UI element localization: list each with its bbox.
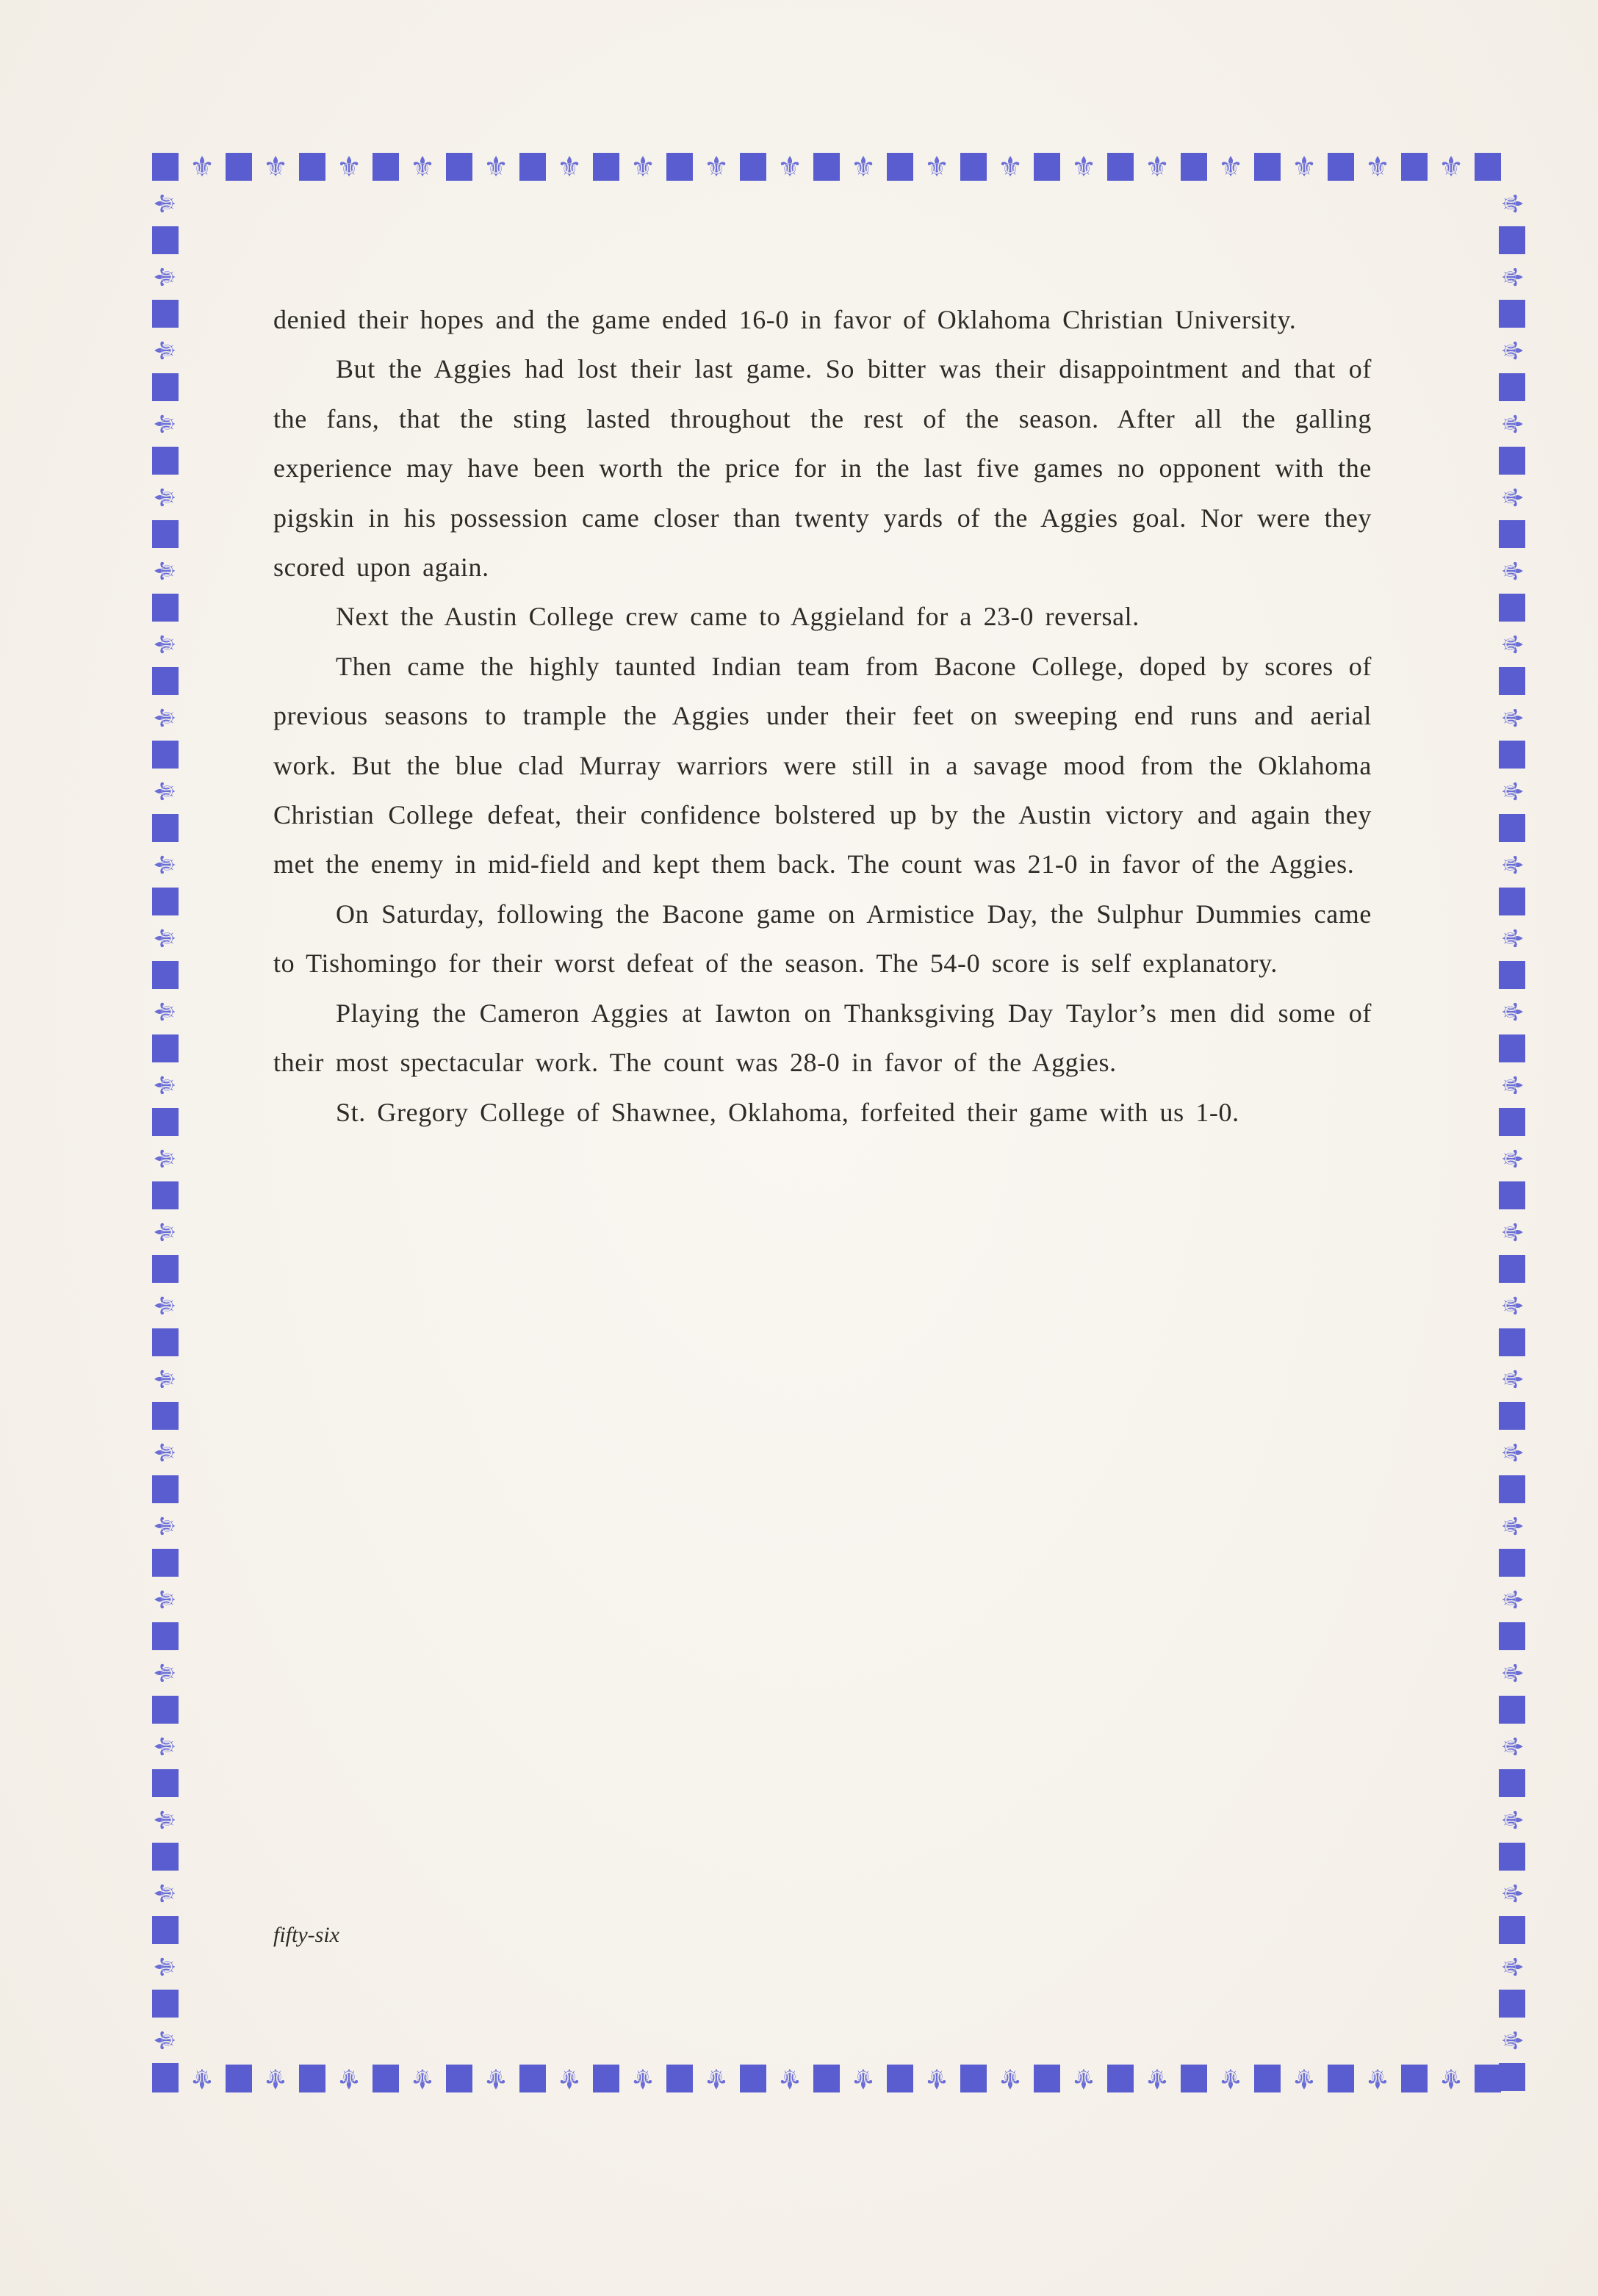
border-square: [1499, 1475, 1525, 1503]
fleur-de-lis-icon: ⚜: [261, 2064, 290, 2093]
border-square: [740, 2065, 766, 2092]
border-square: [1499, 667, 1525, 695]
fleur-de-lis-icon: ⚜: [1497, 1585, 1527, 1614]
fleur-de-lis-icon: ⚜: [1497, 997, 1527, 1026]
border-square: [152, 1843, 179, 1871]
fleur-de-lis-icon: ⚜: [481, 152, 511, 181]
border-square: [1181, 2065, 1207, 2092]
fleur-de-lis-icon: ⚜: [151, 630, 180, 659]
border-square: [1107, 153, 1134, 181]
border-square: [152, 447, 179, 475]
border-square: [960, 153, 987, 181]
fleur-de-lis-icon: ⚜: [151, 262, 180, 292]
border-square: [152, 226, 179, 254]
border-square: [1499, 961, 1525, 989]
fleur-de-lis-icon: ⚜: [996, 2064, 1025, 2093]
fleur-de-lis-icon: ⚜: [1497, 703, 1527, 733]
border-square: [813, 153, 840, 181]
fleur-de-lis-icon: ⚜: [151, 1070, 180, 1100]
fleur-de-lis-icon: ⚜: [1216, 2064, 1245, 2093]
border-square: [519, 153, 546, 181]
fleur-de-lis-icon: ⚜: [1497, 1658, 1527, 1688]
fleur-de-lis-icon: ⚜: [408, 152, 437, 181]
fleur-de-lis-icon: ⚜: [1497, 1952, 1527, 1982]
fleur-de-lis-icon: ⚜: [1436, 2064, 1466, 2093]
border-square: [666, 2065, 693, 2092]
fleur-de-lis-icon: ⚜: [1497, 1364, 1527, 1394]
fleur-de-lis-icon: ⚜: [1497, 630, 1527, 659]
fleur-de-lis-icon: ⚜: [1497, 1879, 1527, 1908]
fleur-de-lis-icon: ⚜: [1497, 1438, 1527, 1467]
border-square: [152, 1696, 179, 1724]
fleur-de-lis-icon: ⚜: [261, 152, 290, 181]
border-square: [1499, 1181, 1525, 1209]
border-square: [152, 814, 179, 842]
fleur-de-lis-icon: ⚜: [555, 2064, 584, 2093]
fleur-de-lis-icon: ⚜: [996, 152, 1025, 181]
fleur-de-lis-icon: ⚜: [151, 997, 180, 1026]
fleur-de-lis-icon: ⚜: [1497, 1511, 1527, 1541]
fleur-de-lis-icon: ⚜: [151, 556, 180, 586]
border-square: [446, 2065, 472, 2092]
border-square: [152, 2063, 179, 2091]
fleur-de-lis-icon: ⚜: [1497, 483, 1527, 512]
border-square: [1499, 1769, 1525, 1797]
fleur-de-lis-icon: ⚜: [1497, 924, 1527, 953]
fleur-de-lis-icon: ⚜: [1497, 1144, 1527, 1173]
fleur-de-lis-icon: ⚜: [1069, 152, 1098, 181]
fleur-de-lis-icon: ⚜: [1497, 336, 1527, 365]
fleur-de-lis-icon: ⚜: [1363, 2064, 1392, 2093]
fleur-de-lis-icon: ⚜: [1497, 777, 1527, 806]
border-square: [1499, 1916, 1525, 1944]
border-square: [152, 520, 179, 548]
border-square: [1499, 741, 1525, 769]
border-square: [372, 2065, 399, 2092]
border-square: [152, 1622, 179, 1650]
fleur-de-lis-icon: ⚜: [334, 152, 364, 181]
border-square: [1401, 153, 1428, 181]
border-square: [1034, 153, 1060, 181]
border-square: [1254, 2065, 1281, 2092]
fleur-de-lis-icon: ⚜: [151, 1438, 180, 1467]
fleur-de-lis-icon: ⚜: [1142, 152, 1172, 181]
border-square: [1499, 1990, 1525, 2018]
fleur-de-lis-icon: ⚜: [1497, 189, 1527, 218]
fleur-de-lis-icon: ⚜: [1497, 1291, 1527, 1320]
border-square: [152, 1916, 179, 1944]
page: ⚜⚜⚜⚜⚜⚜⚜⚜⚜⚜⚜⚜⚜⚜⚜⚜⚜⚜⚜⚜⚜⚜⚜⚜⚜⚜⚜⚜⚜⚜⚜⚜⚜⚜⚜⚜⚜⚜⚜⚜…: [0, 0, 1598, 2296]
fleur-de-lis-icon: ⚜: [1497, 1732, 1527, 1761]
border-square: [152, 153, 179, 181]
fleur-de-lis-icon: ⚜: [849, 2064, 878, 2093]
fleur-de-lis-icon: ⚜: [555, 152, 584, 181]
fleur-de-lis-icon: ⚜: [849, 152, 878, 181]
fleur-de-lis-icon: ⚜: [151, 1144, 180, 1173]
border-square: [1499, 1328, 1525, 1356]
border-square: [1499, 373, 1525, 401]
border-square: [152, 888, 179, 915]
border-square: [1475, 153, 1501, 181]
fleur-de-lis-icon: ⚜: [1436, 152, 1466, 181]
fleur-de-lis-icon: ⚜: [922, 152, 951, 181]
border-square: [152, 1181, 179, 1209]
border-square: [152, 300, 179, 328]
border-square: [1181, 153, 1207, 181]
border-square: [1499, 447, 1525, 475]
border-square: [1034, 2065, 1060, 2092]
paragraph: Playing the Cameron Aggies at Iawton on …: [273, 989, 1372, 1088]
fleur-de-lis-icon: ⚜: [1363, 152, 1392, 181]
paragraph: On Saturday, following the Bacone game o…: [273, 890, 1372, 989]
fleur-de-lis-icon: ⚜: [151, 2026, 180, 2055]
border-square: [1499, 1034, 1525, 1062]
border-square: [299, 153, 325, 181]
border-square: [152, 667, 179, 695]
fleur-de-lis-icon: ⚜: [151, 777, 180, 806]
border-square: [1499, 1108, 1525, 1136]
fleur-de-lis-icon: ⚜: [775, 2064, 805, 2093]
paragraph: But the Aggies had lost their last game.…: [273, 345, 1372, 592]
fleur-de-lis-icon: ⚜: [1289, 2064, 1319, 2093]
fleur-de-lis-icon: ⚜: [702, 152, 731, 181]
fleur-de-lis-icon: ⚜: [151, 1879, 180, 1908]
fleur-de-lis-icon: ⚜: [151, 703, 180, 733]
fleur-de-lis-icon: ⚜: [151, 1511, 180, 1541]
border-square: [1499, 2063, 1525, 2091]
border-square: [152, 1769, 179, 1797]
border-square: [1499, 594, 1525, 622]
border-square: [740, 153, 766, 181]
border-square: [226, 2065, 252, 2092]
border-square: [226, 153, 252, 181]
border-square: [1499, 1255, 1525, 1283]
border-square: [1328, 153, 1354, 181]
border-square: [519, 2065, 546, 2092]
fleur-de-lis-icon: ⚜: [1069, 2064, 1098, 2093]
fleur-de-lis-icon: ⚜: [1497, 556, 1527, 586]
body-text: denied their hopes and the game ended 16…: [273, 295, 1372, 1137]
border-square: [152, 1255, 179, 1283]
paragraph: St. Gregory College of Shawnee, Oklahoma…: [273, 1088, 1372, 1137]
border-square: [1499, 1402, 1525, 1430]
fleur-de-lis-icon: ⚜: [702, 2064, 731, 2093]
border-square: [593, 2065, 619, 2092]
fleur-de-lis-icon: ⚜: [1497, 2026, 1527, 2055]
fleur-de-lis-icon: ⚜: [151, 336, 180, 365]
fleur-de-lis-icon: ⚜: [1497, 409, 1527, 439]
fleur-de-lis-icon: ⚜: [481, 2064, 511, 2093]
border-square: [152, 1549, 179, 1577]
border-square: [1499, 1622, 1525, 1650]
border-square: [960, 2065, 987, 2092]
border-square: [152, 1328, 179, 1356]
border-square: [1499, 1843, 1525, 1871]
border-square: [152, 1402, 179, 1430]
fleur-de-lis-icon: ⚜: [334, 2064, 364, 2093]
fleur-de-lis-icon: ⚜: [151, 1585, 180, 1614]
fleur-de-lis-icon: ⚜: [151, 1217, 180, 1247]
fleur-de-lis-icon: ⚜: [151, 924, 180, 953]
fleur-de-lis-icon: ⚜: [1497, 1805, 1527, 1835]
fleur-de-lis-icon: ⚜: [187, 2064, 217, 2093]
fleur-de-lis-icon: ⚜: [1289, 152, 1319, 181]
fleur-de-lis-icon: ⚜: [151, 189, 180, 218]
paragraph: Then came the highly taunted Indian team…: [273, 642, 1372, 890]
border-square: [152, 594, 179, 622]
fleur-de-lis-icon: ⚜: [775, 152, 805, 181]
fleur-de-lis-icon: ⚜: [408, 2064, 437, 2093]
fleur-de-lis-icon: ⚜: [151, 483, 180, 512]
border-square: [1328, 2065, 1354, 2092]
border-square: [887, 153, 913, 181]
border-square: [593, 153, 619, 181]
border-square: [152, 1475, 179, 1503]
border-square: [666, 153, 693, 181]
fleur-de-lis-icon: ⚜: [1216, 152, 1245, 181]
fleur-de-lis-icon: ⚜: [151, 1658, 180, 1688]
paragraph: Next the Austin College crew came to Agg…: [273, 592, 1372, 641]
border-square: [1401, 2065, 1428, 2092]
border-square: [299, 2065, 325, 2092]
fleur-de-lis-icon: ⚜: [151, 1805, 180, 1835]
paragraph: denied their hopes and the game ended 16…: [273, 295, 1372, 345]
border-square: [152, 373, 179, 401]
fleur-de-lis-icon: ⚜: [1497, 1217, 1527, 1247]
fleur-de-lis-icon: ⚜: [151, 850, 180, 879]
fleur-de-lis-icon: ⚜: [151, 1732, 180, 1761]
fleur-de-lis-icon: ⚜: [628, 152, 658, 181]
border-square: [1499, 226, 1525, 254]
border-square: [1475, 2065, 1501, 2092]
fleur-de-lis-icon: ⚜: [1142, 2064, 1172, 2093]
border-square: [1499, 1549, 1525, 1577]
border-square: [1499, 1696, 1525, 1724]
border-square: [1499, 520, 1525, 548]
border-square: [152, 741, 179, 769]
fleur-de-lis-icon: ⚜: [151, 1952, 180, 1982]
border-square: [152, 1108, 179, 1136]
fleur-de-lis-icon: ⚜: [922, 2064, 951, 2093]
fleur-de-lis-icon: ⚜: [1497, 1070, 1527, 1100]
border-square: [152, 961, 179, 989]
fleur-de-lis-icon: ⚜: [187, 152, 217, 181]
border-square: [887, 2065, 913, 2092]
fleur-de-lis-icon: ⚜: [1497, 850, 1527, 879]
border-square: [152, 1034, 179, 1062]
border-square: [152, 1990, 179, 2018]
fleur-de-lis-icon: ⚜: [151, 1364, 180, 1394]
border-square: [1499, 300, 1525, 328]
border-square: [1107, 2065, 1134, 2092]
border-square: [813, 2065, 840, 2092]
border-square: [446, 153, 472, 181]
border-square: [372, 153, 399, 181]
fleur-de-lis-icon: ⚜: [151, 1291, 180, 1320]
border-square: [1499, 888, 1525, 915]
border-square: [1499, 814, 1525, 842]
fleur-de-lis-icon: ⚜: [628, 2064, 658, 2093]
fleur-de-lis-icon: ⚜: [1497, 262, 1527, 292]
page-number: fifty-six: [273, 1923, 339, 1948]
fleur-de-lis-icon: ⚜: [151, 409, 180, 439]
border-square: [1254, 153, 1281, 181]
